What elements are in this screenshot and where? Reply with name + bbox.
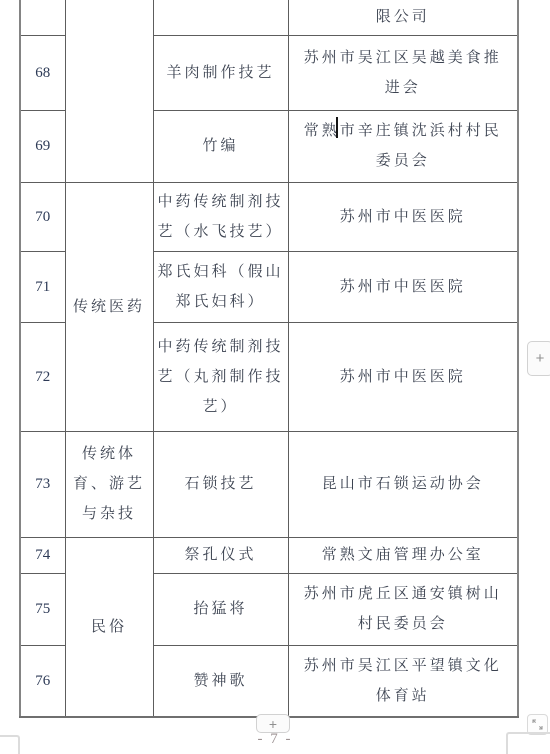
cell-org-72[interactable]: 苏州市中医医院 [288, 322, 518, 431]
cell-item-68[interactable]: 羊肉制作技艺 [153, 35, 288, 110]
cell-item-75[interactable]: 抬猛将 [153, 573, 288, 645]
diagonal-resize-arrows-icon [531, 718, 544, 731]
heritage-list-table: 限公司 68 羊肉制作技艺 苏州市吴江区吴越美食推 进会 69 竹编 常熟市辛庄… [19, 0, 519, 718]
cell-number-75[interactable]: 75 [20, 573, 65, 645]
cell-item-72[interactable]: 中药传统制剂技 艺（丸剂制作技 艺） [153, 322, 288, 431]
cell-category-traditional-medicine[interactable]: 传统医药 [65, 182, 153, 431]
cell-number-73[interactable]: 73 [20, 431, 65, 537]
page-number: - 7 - [0, 731, 550, 748]
cell-org-70[interactable]: 苏州市中医医院 [288, 182, 518, 251]
cell-category-folk-custom[interactable]: 民俗 [65, 537, 153, 717]
cell-org-73[interactable]: 昆山市石锁运动协会 [288, 431, 518, 537]
text-cursor [336, 117, 338, 138]
table-row-continuation: 限公司 [20, 0, 518, 35]
table-row-73: 73 传统体 育、游艺 与杂技 石锁技艺 昆山市石锁运动协会 [20, 431, 518, 537]
cell-number-70[interactable]: 70 [20, 182, 65, 251]
cell-number-continuation[interactable] [20, 0, 65, 35]
table-row-70: 70 传统医药 中药传统制剂技 艺（水飞技艺） 苏州市中医医院 [20, 182, 518, 251]
cell-org-69[interactable]: 常熟市辛庄镇沈浜村村民 委员会 [288, 110, 518, 182]
cell-org-71[interactable]: 苏州市中医医院 [288, 251, 518, 322]
cell-org-68[interactable]: 苏州市吴江区吴越美食推 进会 [288, 35, 518, 110]
cell-number-68[interactable]: 68 [20, 35, 65, 110]
bottom-right-corner-outline [506, 732, 550, 754]
cell-number-71[interactable]: 71 [20, 251, 65, 322]
cell-category-traditional-sports[interactable]: 传统体 育、游艺 与杂技 [65, 431, 153, 537]
cell-item-continuation[interactable] [153, 0, 288, 35]
add-column-button[interactable]: + [527, 341, 550, 376]
cell-item-71[interactable]: 郑氏妇科（假山 郑氏妇科） [153, 251, 288, 322]
cell-org-76[interactable]: 苏州市吴江区平望镇文化 体育站 [288, 645, 518, 717]
cell-number-76[interactable]: 76 [20, 645, 65, 717]
bottom-left-corner-outline [0, 735, 20, 754]
cell-item-69[interactable]: 竹编 [153, 110, 288, 182]
cell-item-76[interactable]: 赞神歌 [153, 645, 288, 717]
cell-item-70[interactable]: 中药传统制剂技 艺（水飞技艺） [153, 182, 288, 251]
table-row-74: 74 民俗 祭孔仪式 常熟文庙管理办公室 [20, 537, 518, 573]
cell-org-continuation[interactable]: 限公司 [288, 0, 518, 35]
cell-number-72[interactable]: 72 [20, 322, 65, 431]
cell-number-69[interactable]: 69 [20, 110, 65, 182]
cell-category-top-empty[interactable] [65, 0, 153, 182]
cell-org-74[interactable]: 常熟文庙管理办公室 [288, 537, 518, 573]
cell-number-74[interactable]: 74 [20, 537, 65, 573]
cell-org-75[interactable]: 苏州市虎丘区通安镇树山 村民委员会 [288, 573, 518, 645]
cell-item-73[interactable]: 石锁技艺 [153, 431, 288, 537]
cell-item-74[interactable]: 祭孔仪式 [153, 537, 288, 573]
